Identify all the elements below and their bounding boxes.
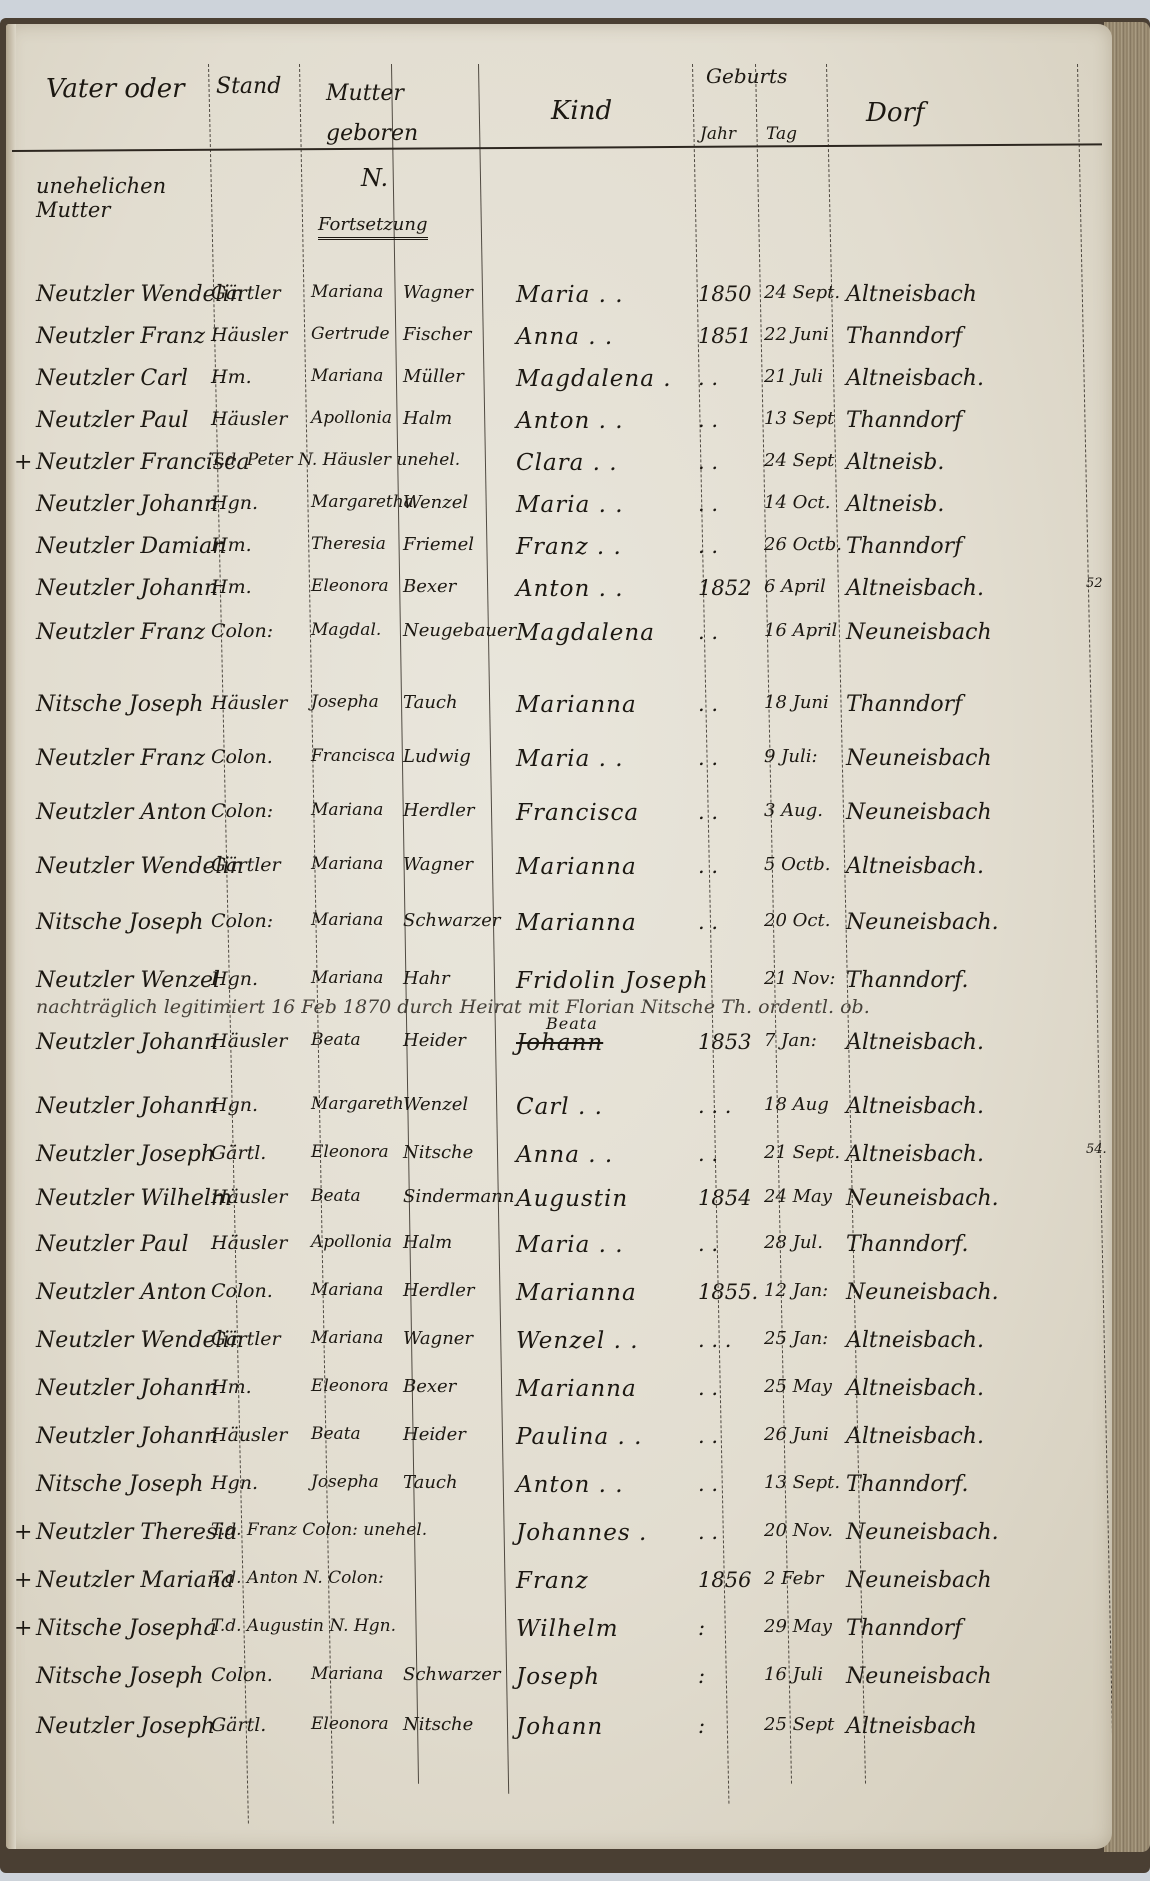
- margin-note: 54.: [1086, 1142, 1107, 1157]
- father-name: Nitsche Joseph: [36, 1664, 204, 1689]
- village: Altneisbach: [846, 282, 977, 307]
- register-row: Neutzler Damian Hm. Theresia Friemel Fra…: [6, 534, 1112, 574]
- register-row: Neutzler Joseph Gärtl. Eleonora Nitsche …: [6, 1142, 1112, 1182]
- father-name: Neutzler Damian: [36, 534, 226, 559]
- mother-last-name: Wagner: [403, 1328, 473, 1349]
- birth-day: 21 Sept.: [764, 1142, 840, 1163]
- birth-year: 1854: [698, 1186, 751, 1210]
- mother-last-name: Halm: [403, 1232, 452, 1253]
- child-name: Marianna: [516, 854, 637, 880]
- register-row: Nitsche Joseph Colon. Mariana Schwarzer …: [6, 1664, 1112, 1704]
- birth-year: . .: [698, 1376, 718, 1400]
- birth-year: 1851: [698, 324, 751, 348]
- father-name: Nitsche Joseph: [36, 1472, 204, 1497]
- village: Altneisb.: [846, 450, 944, 475]
- birth-day: 25 Jan:: [764, 1328, 828, 1349]
- child-name: Anton . .: [516, 576, 624, 602]
- social-status: Häusler: [211, 1424, 287, 1446]
- birth-year: . .: [698, 620, 718, 644]
- header-divider: [12, 143, 1102, 152]
- mother-last-name: Nitsche: [403, 1142, 473, 1163]
- birth-day: 3 Aug.: [764, 800, 823, 821]
- birth-day: 14 Oct.: [764, 492, 830, 513]
- social-status: Häusler: [211, 1232, 287, 1254]
- mother-last-name: Schwarzer: [403, 1664, 501, 1685]
- mother-first-name: Mariana: [311, 854, 383, 874]
- birth-day: 13 Sept.: [764, 1472, 840, 1493]
- birth-year: . .: [698, 1472, 718, 1496]
- header-child: Kind: [551, 96, 612, 126]
- register-row: Neutzler Paul Häusler Apollonia Halm Ant…: [6, 408, 1112, 448]
- village: Neuneisbach.: [846, 1520, 999, 1545]
- mother-first-name: Apollonia: [311, 1232, 392, 1252]
- mother-last-name: Bexer: [403, 576, 456, 597]
- child-name: Anton . .: [516, 408, 624, 434]
- mother-last-name: Neugebauer: [403, 620, 516, 641]
- father-name: Neutzler Johann: [36, 1094, 218, 1119]
- father-name: Neutzler Paul: [36, 1232, 189, 1257]
- father-name: Neutzler Paul: [36, 408, 189, 433]
- birth-year: :: [698, 1714, 705, 1738]
- mother-first-name: Mariana: [311, 1280, 383, 1300]
- register-row: + Nitsche Josepha T.d. Augustin N. Hgn. …: [6, 1616, 1112, 1656]
- mother-last-name: Nitsche: [403, 1714, 473, 1735]
- social-status: Hm.: [211, 366, 252, 388]
- father-name: Neutzler Theresia: [36, 1520, 237, 1545]
- birth-day: 9 Juli:: [764, 746, 818, 767]
- register-row: Neutzler Franz Colon: Magdal. Neugebauer…: [6, 620, 1112, 660]
- mother-last-name: Hahr: [403, 968, 450, 989]
- header-village: Dorf: [866, 98, 925, 128]
- child-name: Franz . .: [516, 534, 622, 560]
- child-name: Magdalena .: [516, 366, 672, 392]
- child-name: Anton . .: [516, 1472, 624, 1498]
- father-name: Nitsche Joseph: [36, 692, 204, 717]
- birth-year: 1850: [698, 282, 751, 306]
- father-name: Neutzler Wilhelm: [36, 1186, 232, 1211]
- social-status: Hm.: [211, 534, 252, 556]
- register-row: Neutzler Franz Häusler Gertrude Fischer …: [6, 324, 1112, 364]
- mother-first-name: Eleonora: [311, 576, 389, 596]
- register-row: Neutzler Wendelin Gärtler Mariana Wagner…: [6, 854, 1112, 894]
- death-cross-mark: +: [14, 450, 32, 475]
- mother-first-name: Josepha: [311, 692, 379, 712]
- child-name-corrected: Beata Johann: [516, 1030, 603, 1056]
- father-name: Neutzler Franz: [36, 620, 205, 645]
- village: Neuneisbach: [846, 746, 992, 771]
- birth-year: . .: [698, 1424, 718, 1448]
- village: Neuneisbach.: [846, 1186, 999, 1211]
- village: Altneisbach.: [846, 1094, 984, 1119]
- child-name: Johann: [516, 1714, 603, 1740]
- village: Altneisbach.: [846, 366, 984, 391]
- village: Thanndorf.: [846, 968, 969, 993]
- social-status: Hgn.: [211, 968, 258, 990]
- birth-year: . .: [698, 746, 718, 770]
- child-name: Augustin: [516, 1186, 628, 1212]
- birth-year: . .: [698, 450, 718, 474]
- mother-last-name: Friemel: [403, 534, 474, 555]
- father-name: Neutzler Johann: [36, 1376, 218, 1401]
- mother-first-name: Mariana: [311, 1664, 383, 1684]
- mother-first-name: Mariana: [311, 366, 383, 386]
- child-name: Wilhelm: [516, 1616, 619, 1642]
- social-status: Gärtl.: [211, 1714, 266, 1736]
- mother-last-name: Tauch: [403, 692, 458, 713]
- social-status: Gärtler: [211, 282, 281, 304]
- village: Altneisbach.: [846, 1142, 984, 1167]
- child-name: Maria . .: [516, 492, 624, 518]
- header-father-sub: unehelichen Mutter: [36, 174, 186, 222]
- mother-first-name: Mariana: [311, 282, 383, 302]
- social-status: T.d. Peter N. Häusler unehel.: [211, 450, 460, 470]
- father-name: Neutzler Franz: [36, 746, 205, 771]
- village: Neuneisbach.: [846, 1280, 999, 1305]
- child-name: Magdalena: [516, 620, 655, 646]
- mother-last-name: Ludwig: [403, 746, 471, 767]
- mother-last-name: Herdler: [403, 1280, 475, 1301]
- social-status: Häusler: [211, 1030, 287, 1052]
- birth-year: . .: [698, 910, 718, 934]
- village: Altneisb.: [846, 492, 944, 517]
- birth-day: 20 Oct.: [764, 910, 830, 931]
- father-name: Neutzler Franz: [36, 324, 205, 349]
- mother-last-name: Heider: [403, 1424, 466, 1445]
- birth-day: 21 Juli: [764, 366, 823, 387]
- register-row: + Neutzler Mariana T.d. Anton N. Colon: …: [6, 1568, 1112, 1608]
- register-row: Neutzler Joseph Gärtl. Eleonora Nitsche …: [6, 1714, 1112, 1754]
- birth-year: :: [698, 1616, 705, 1640]
- village: Altneisbach: [846, 1714, 977, 1739]
- child-name: Joseph: [516, 1664, 600, 1690]
- birth-year: 1852: [698, 576, 751, 600]
- birth-year: 1856: [698, 1568, 751, 1592]
- village: Altneisbach.: [846, 1376, 984, 1401]
- child-name: Marianna: [516, 692, 637, 718]
- village: Neuneisbach: [846, 1664, 992, 1689]
- mother-first-name: Eleonora: [311, 1714, 389, 1734]
- inserted-child-name: Beata: [546, 1014, 598, 1033]
- register-row: Neutzler Anton Colon. Mariana Herdler Ma…: [6, 1280, 1112, 1320]
- social-status: Häusler: [211, 692, 287, 714]
- mother-last-name: Bexer: [403, 1376, 456, 1397]
- death-cross-mark: +: [14, 1568, 32, 1593]
- register-row: Neutzler Anton Colon: Mariana Herdler Fr…: [6, 800, 1112, 840]
- mother-first-name: Margaretha: [311, 492, 414, 512]
- social-status: Colon:: [211, 910, 273, 932]
- birth-year: . .: [698, 1142, 718, 1166]
- mother-first-name: Beata: [311, 1424, 361, 1444]
- mother-first-name: Mariana: [311, 800, 383, 820]
- village: Altneisbach.: [846, 576, 984, 601]
- village: Thanndorf.: [846, 1472, 969, 1497]
- village: Thanndorf: [846, 408, 962, 433]
- village: Altneisbach.: [846, 1030, 984, 1055]
- header-birth-day: Tag: [766, 124, 797, 144]
- register-row: + Neutzler Francisca T.d. Peter N. Häusl…: [6, 450, 1112, 490]
- birth-year: . .: [698, 492, 718, 516]
- father-name: Nitsche Josepha: [36, 1616, 217, 1641]
- birth-day: 12 Jan:: [764, 1280, 828, 1301]
- social-status: Gärtl.: [211, 1142, 266, 1164]
- register-row: Neutzler Wilhelm Häusler Beata Sinderman…: [6, 1186, 1112, 1226]
- birth-day: 5 Octb.: [764, 854, 831, 875]
- village: Thanndorf: [846, 534, 962, 559]
- birth-day: 13 Sept: [764, 408, 834, 429]
- father-name: Neutzler Johann: [36, 1424, 218, 1449]
- register-row: Neutzler Paul Häusler Apollonia Halm Mar…: [6, 1232, 1112, 1272]
- social-status: Häusler: [211, 324, 287, 346]
- mother-last-name: Heider: [403, 1030, 466, 1051]
- village: Altneisbach.: [846, 854, 984, 879]
- social-status: T.d. Augustin N. Hgn.: [211, 1616, 396, 1636]
- child-name: Maria . .: [516, 746, 624, 772]
- father-name: Neutzler Johann: [36, 492, 218, 517]
- mother-last-name: Müller: [403, 366, 464, 387]
- father-name: Neutzler Joseph: [36, 1714, 215, 1739]
- margin-note: 52: [1086, 576, 1103, 591]
- child-name: Johannes .: [516, 1520, 647, 1546]
- social-status: Hm.: [211, 1376, 252, 1398]
- register-row: Neutzler Johann Hm. Eleonora Bexer Anton…: [6, 576, 1112, 616]
- birth-year: . .: [698, 692, 718, 716]
- birth-day: 26 Octb.: [764, 534, 842, 555]
- mother-first-name: Eleonora: [311, 1142, 389, 1162]
- mother-first-name: Theresia: [311, 534, 386, 554]
- father-name: Neutzler Mariana: [36, 1568, 234, 1593]
- social-status: Hgn.: [211, 492, 258, 514]
- birth-day: 24 Sept: [764, 450, 834, 471]
- register-row: Neutzler Johann Häusler Beata Heider Bea…: [6, 1030, 1112, 1070]
- register-row: Neutzler Carl Hm. Mariana Müller Magdale…: [6, 366, 1112, 406]
- social-status: Colon.: [211, 746, 273, 768]
- register-row: Neutzler Johann Hgn. Margareth Wenzel Ca…: [6, 1094, 1112, 1134]
- mother-last-name: Tauch: [403, 1472, 458, 1493]
- birth-day: 18 Aug: [764, 1094, 829, 1115]
- village: Thanndorf.: [846, 1232, 969, 1257]
- village: Altneisbach.: [846, 1424, 984, 1449]
- village: Thanndorf: [846, 1616, 962, 1641]
- child-name: Wenzel . .: [516, 1328, 639, 1354]
- social-status: Hgn.: [211, 1472, 258, 1494]
- mother-first-name: Beata: [311, 1186, 361, 1206]
- struck-child-name: Johann: [516, 1030, 603, 1056]
- birth-day: 26 Juni: [764, 1424, 829, 1445]
- birth-year: . . .: [698, 1328, 731, 1352]
- social-status: T.d. Anton N. Colon:: [211, 1568, 384, 1588]
- child-name: Carl . .: [516, 1094, 603, 1120]
- mother-last-name: Herdler: [403, 800, 475, 821]
- birth-day: 20 Nov.: [764, 1520, 833, 1541]
- mother-last-name: Wenzel: [403, 1094, 468, 1115]
- header-stand: Stand: [216, 74, 281, 99]
- mother-first-name: Beata: [311, 1030, 361, 1050]
- birth-day: 18 Juni: [764, 692, 829, 713]
- mother-last-name: Schwarzer: [403, 910, 501, 931]
- social-status: Hm.: [211, 576, 252, 598]
- register-row: Neutzler Johann Hgn. Margaretha Wenzel M…: [6, 492, 1112, 532]
- header-birth: Geburts: [706, 64, 787, 88]
- child-name: Clara . .: [516, 450, 618, 476]
- birth-year: 1853: [698, 1030, 751, 1054]
- father-name: Neutzler Anton: [36, 1280, 207, 1305]
- register-row: Neutzler Franz Colon. Francisca Ludwig M…: [6, 746, 1112, 786]
- register-row: Nitsche Joseph Häusler Josepha Tauch Mar…: [6, 692, 1112, 732]
- birth-day: 2 Febr: [764, 1568, 823, 1589]
- social-status: Colon.: [211, 1280, 273, 1302]
- father-name: Neutzler Anton: [36, 800, 207, 825]
- death-cross-mark: +: [14, 1520, 32, 1545]
- father-name: Neutzler Carl: [36, 366, 188, 391]
- child-name: Marianna: [516, 910, 637, 936]
- birth-year: . .: [698, 534, 718, 558]
- child-name: Marianna: [516, 1376, 637, 1402]
- father-name: Neutzler Joseph: [36, 1142, 215, 1167]
- birth-year: . .: [698, 1232, 718, 1256]
- birth-day: 25 May: [764, 1376, 832, 1397]
- village: Thanndorf: [846, 324, 962, 349]
- child-name: Maria . .: [516, 1232, 624, 1258]
- birth-year: :: [698, 1664, 705, 1688]
- social-status: Colon.: [211, 1664, 273, 1686]
- child-name: Anna . .: [516, 1142, 613, 1168]
- village: Altneisbach.: [846, 1328, 984, 1353]
- register-row: Neutzler Johann Hm. Eleonora Bexer Maria…: [6, 1376, 1112, 1416]
- mother-last-name: Halm: [403, 408, 452, 429]
- father-name: Neutzler Wenzel: [36, 968, 220, 993]
- child-name: Fridolin Joseph: [516, 968, 709, 994]
- register-row: + Neutzler Theresia T.d. Franz Colon: un…: [6, 1520, 1112, 1560]
- mother-last-name: Sindermann: [403, 1186, 514, 1207]
- birth-day: 22 Juni: [764, 324, 829, 345]
- village: Thanndorf: [846, 692, 962, 717]
- mother-last-name: Wagner: [403, 282, 473, 303]
- social-status: Häusler: [211, 408, 287, 430]
- mother-first-name: Francisca: [311, 746, 395, 766]
- register-row: Nitsche Joseph Hgn. Josepha Tauch Anton …: [6, 1472, 1112, 1512]
- mother-last-name: Wagner: [403, 854, 473, 875]
- header-mother-marker: N.: [361, 164, 388, 192]
- birth-day: 24 May: [764, 1186, 832, 1207]
- birth-day: 29 May: [764, 1616, 832, 1637]
- birth-year: . . .: [698, 1094, 731, 1118]
- social-status: Gärtler: [211, 854, 281, 876]
- social-status: Colon:: [211, 620, 273, 642]
- header-birth-year: Jahr: [700, 124, 736, 144]
- child-name: Paulina . .: [516, 1424, 642, 1450]
- birth-year: . .: [698, 366, 718, 390]
- mother-first-name: Mariana: [311, 968, 383, 988]
- mother-first-name: Gertrude: [311, 324, 390, 344]
- child-name: Marianna: [516, 1280, 637, 1306]
- legitimation-note: nachträglich legitimiert 16 Feb 1870 dur…: [36, 996, 870, 1018]
- birth-day: 16 Juli: [764, 1664, 823, 1685]
- village: Neuneisbach.: [846, 910, 999, 935]
- child-name: Franz: [516, 1568, 589, 1594]
- mother-last-name: Fischer: [403, 324, 471, 345]
- mother-last-name: Wenzel: [403, 492, 468, 513]
- mother-first-name: Josepha: [311, 1472, 379, 1492]
- social-status: Hgn.: [211, 1094, 258, 1116]
- birth-year: . .: [698, 1520, 718, 1544]
- social-status: Colon:: [211, 800, 273, 822]
- social-status: T.d. Franz Colon: unehel.: [211, 1520, 427, 1540]
- social-status: Gärtler: [211, 1328, 281, 1350]
- village: Neuneisbach: [846, 1568, 992, 1593]
- child-name: Maria . .: [516, 282, 624, 308]
- register-row: Nitsche Joseph Colon: Mariana Schwarzer …: [6, 910, 1112, 950]
- birth-day: 24 Sept.: [764, 282, 840, 303]
- birth-year: . .: [698, 854, 718, 878]
- birth-day: 7 Jan:: [764, 1030, 817, 1051]
- mother-first-name: Eleonora: [311, 1376, 389, 1396]
- village: Neuneisbach: [846, 800, 992, 825]
- header-mother: Mutter geboren: [326, 74, 466, 154]
- register-row: Neutzler Wendelin Gärtler Mariana Wagner…: [6, 1328, 1112, 1368]
- header-father: Vater oder: [46, 74, 185, 104]
- father-name: Neutzler Johann: [36, 1030, 218, 1055]
- birth-day: 6 April: [764, 576, 826, 597]
- death-cross-mark: +: [14, 1616, 32, 1641]
- birth-day: 16 April: [764, 620, 837, 641]
- child-name: Francisca: [516, 800, 639, 826]
- register-row: Neutzler Johann Häusler Beata Heider Pau…: [6, 1424, 1112, 1464]
- mother-first-name: Margareth: [311, 1094, 404, 1114]
- father-name: Neutzler Johann: [36, 576, 218, 601]
- child-name: Anna . .: [516, 324, 613, 350]
- birth-year: . .: [698, 408, 718, 432]
- register-page: Vater oder unehelichen Mutter Stand Mutt…: [6, 24, 1112, 1849]
- birth-year: . .: [698, 800, 718, 824]
- social-status: Häusler: [211, 1186, 287, 1208]
- mother-first-name: Mariana: [311, 910, 383, 930]
- mother-first-name: Apollonia: [311, 408, 392, 428]
- village: Neuneisbach: [846, 620, 992, 645]
- birth-year: 1855.: [698, 1280, 758, 1304]
- mother-first-name: Mariana: [311, 1328, 383, 1348]
- birth-day: 28 Jul.: [764, 1232, 823, 1253]
- register-row: Neutzler Wendelin Gärtler Mariana Wagner…: [6, 282, 1112, 322]
- birth-day: 21 Nov:: [764, 968, 835, 989]
- birth-day: 25 Sept: [764, 1714, 834, 1735]
- father-name: Nitsche Joseph: [36, 910, 204, 935]
- mother-first-name: Magdal.: [311, 620, 381, 640]
- header-continuation: Fortsetzung: [318, 214, 428, 240]
